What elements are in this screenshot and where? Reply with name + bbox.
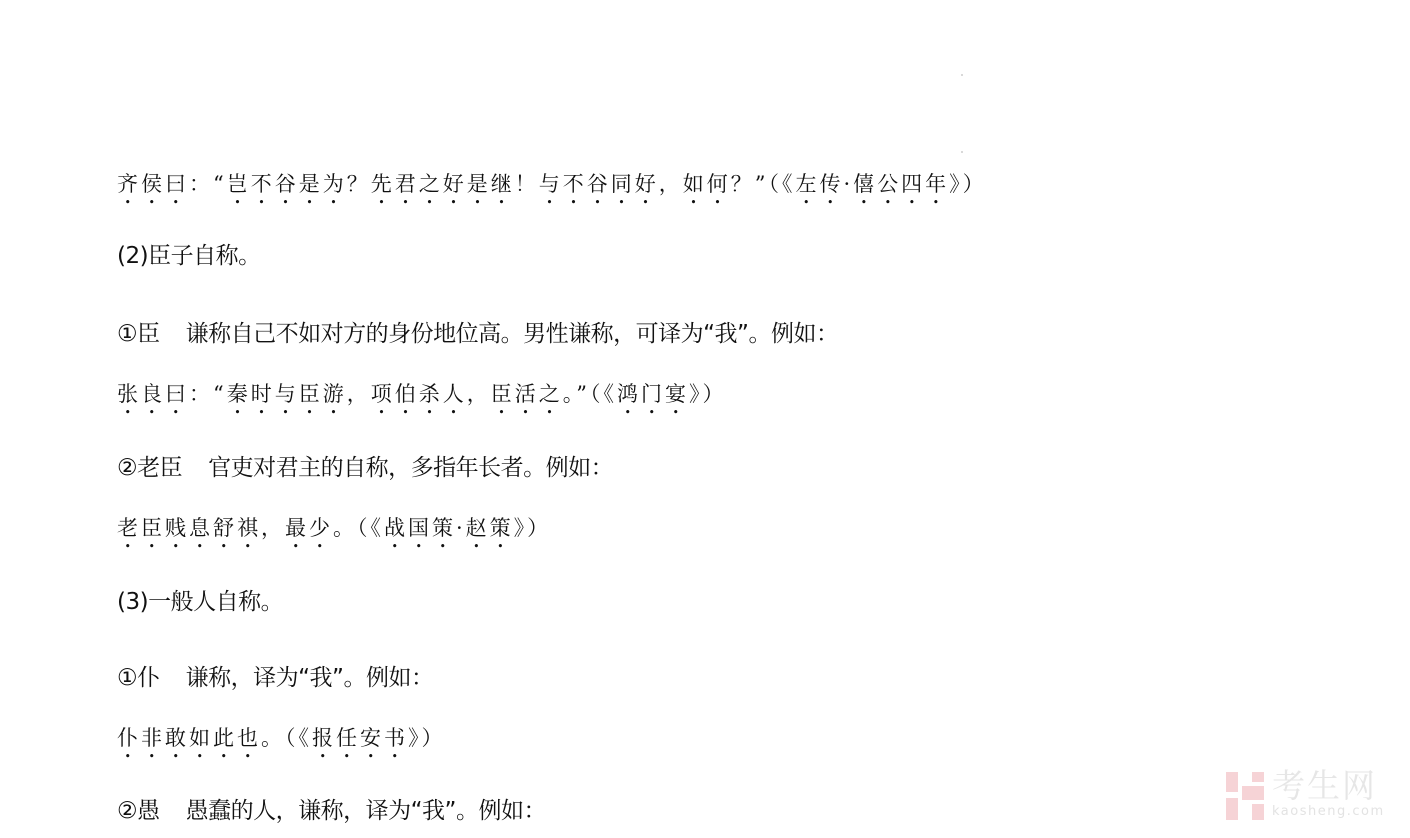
term-label: ②老臣 bbox=[117, 454, 182, 482]
section-heading-general-self-reference: (3)一般人自称。 bbox=[117, 588, 283, 616]
definition-text: 愚蠢的人，谦称，译为“我”。例如： bbox=[186, 798, 546, 824]
example-sentence-laochen: 老臣贱息舒祺，最少。（《战国策·赵策》） bbox=[117, 514, 551, 553]
definition-chen: ①臣谦称自己不如对方的身份地位高。男性谦称，可译为“我”。例如： bbox=[117, 320, 838, 348]
scan-artifact-dot bbox=[961, 151, 963, 153]
scan-artifact-dot bbox=[961, 74, 963, 76]
definition-text: 官吏对君主的自称，多指年长者。例如： bbox=[208, 455, 613, 481]
watermark-brand-cn: 考生网 bbox=[1272, 768, 1377, 804]
term-label: ①仆 bbox=[117, 664, 160, 692]
section-heading-minister-self-reference: (2)臣子自称。 bbox=[117, 242, 261, 270]
example-sentence-pu: 仆非敢如此也。（《报任安书》） bbox=[117, 724, 446, 763]
definition-laochen: ②老臣官吏对君主的自称，多指年长者。例如： bbox=[117, 454, 613, 482]
kaosheng-watermark: 考生网 kaosheng.com bbox=[1226, 772, 1386, 822]
example-sentence-qihou: 齐侯曰：“岂不谷是为？先君之好是继！与不谷同好，如何？”（《左传·僖公四年》） bbox=[117, 170, 987, 209]
term-label: ①臣 bbox=[117, 320, 160, 348]
term-label: ②愚 bbox=[117, 797, 160, 825]
document-page: 齐侯曰：“岂不谷是为？先君之好是继！与不谷同好，如何？”（《左传·僖公四年》） … bbox=[0, 0, 1410, 838]
definition-text: 谦称自己不如对方的身份地位高。男性谦称，可译为“我”。例如： bbox=[186, 321, 839, 347]
definition-text: 谦称，译为“我”。例如： bbox=[186, 665, 434, 691]
definition-yu: ②愚愚蠢的人，谦称，译为“我”。例如： bbox=[117, 797, 546, 825]
example-sentence-zhangliang: 张良曰：“秦时与臣游，项伯杀人，臣活之。”（《鸿门宴》） bbox=[117, 380, 726, 419]
kaosheng-logo-icon bbox=[1226, 772, 1264, 820]
watermark-brand-en: kaosheng.com bbox=[1272, 804, 1385, 820]
definition-pu: ①仆谦称，译为“我”。例如： bbox=[117, 664, 433, 692]
